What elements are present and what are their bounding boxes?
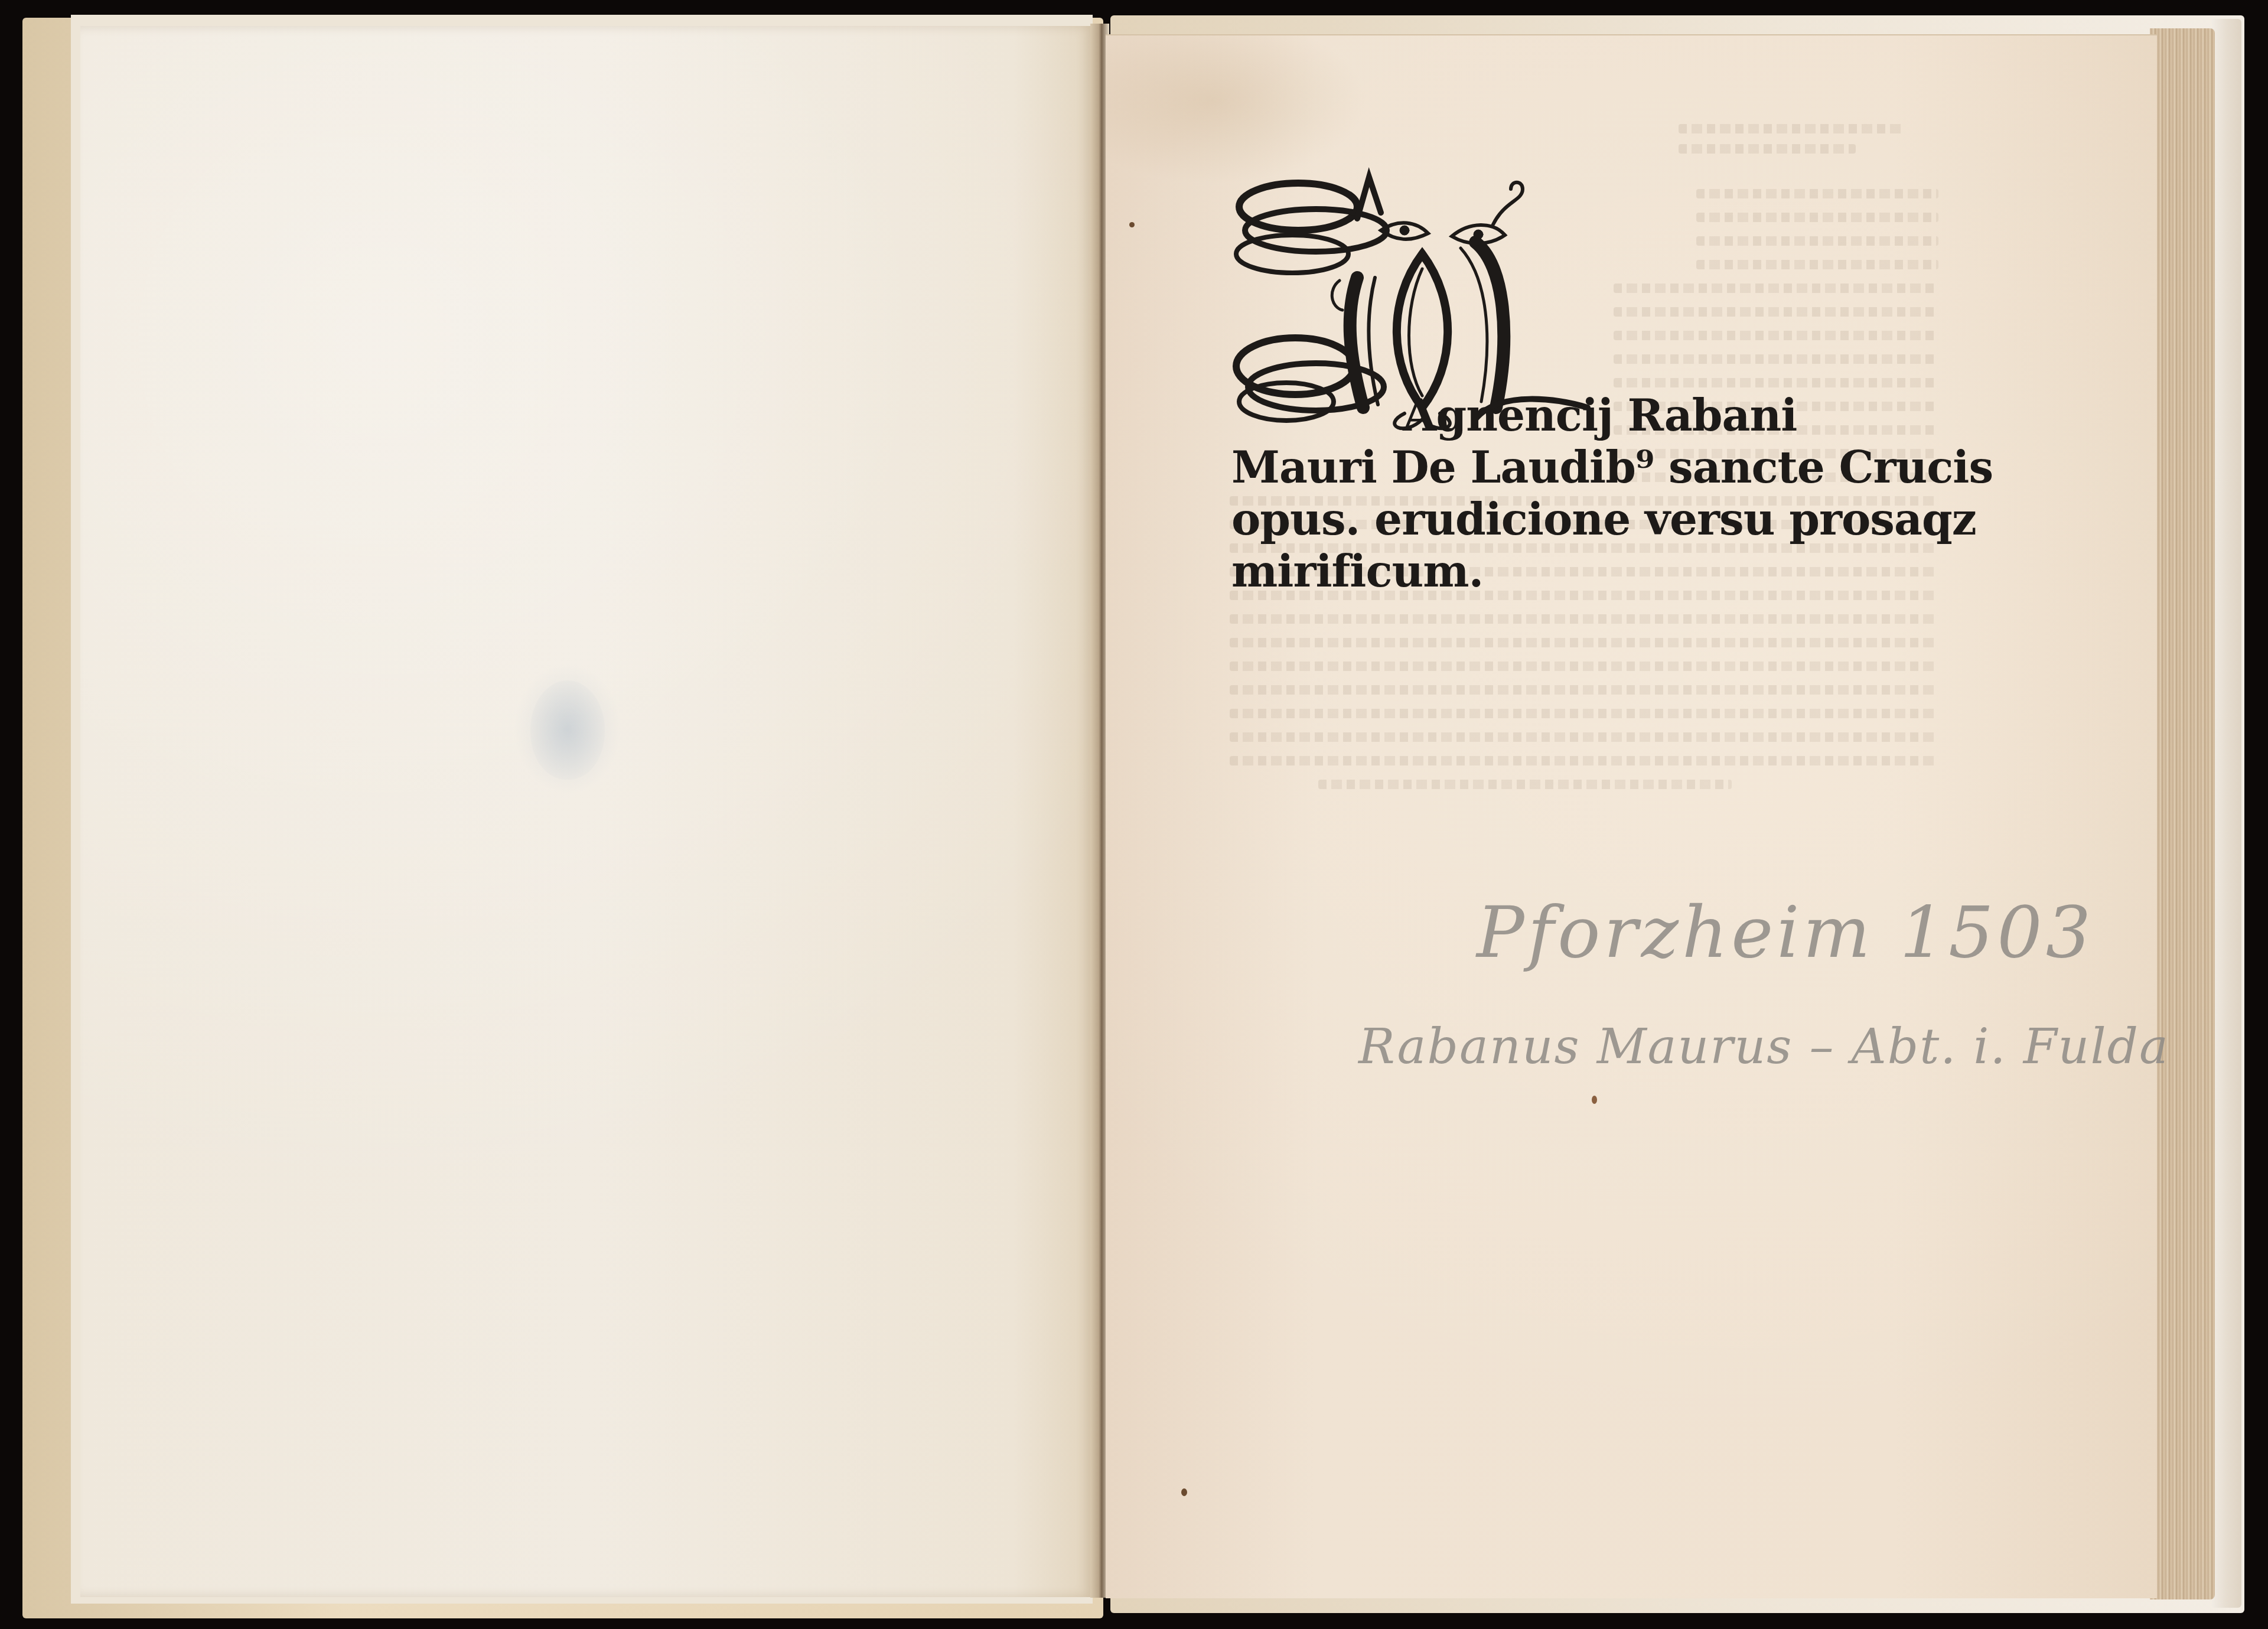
title-line-4: mirificum. (1231, 546, 1893, 598)
pencil-note-place-date: Pforzheim 1503 (1477, 892, 2094, 974)
watermark-mark (530, 680, 605, 780)
right-cover-edge (2212, 19, 2241, 1608)
foxing-speck (1592, 1096, 1597, 1104)
foxing-speck (1181, 1488, 1187, 1496)
book-photograph: Agnencij Rabani Mauri De Laudib⁹ sancte … (0, 0, 2268, 1629)
title-block: Agnencij Rabani Mauri De Laudib⁹ sancte … (1231, 390, 1893, 598)
foxing-speck (1129, 222, 1135, 227)
title-line-3: opus. erudicione versu prosaqz (1231, 494, 1893, 546)
left-page-blank (80, 26, 1094, 1597)
title-line-1: Agnencij Rabani (1231, 390, 1893, 442)
pencil-note-author: Rabanus Maurus – Abt. i. Fulda (1358, 1019, 2169, 1075)
text-block-edges (2150, 28, 2215, 1599)
title-line-2: Mauri De Laudib⁹ sancte Crucis (1231, 442, 1893, 494)
